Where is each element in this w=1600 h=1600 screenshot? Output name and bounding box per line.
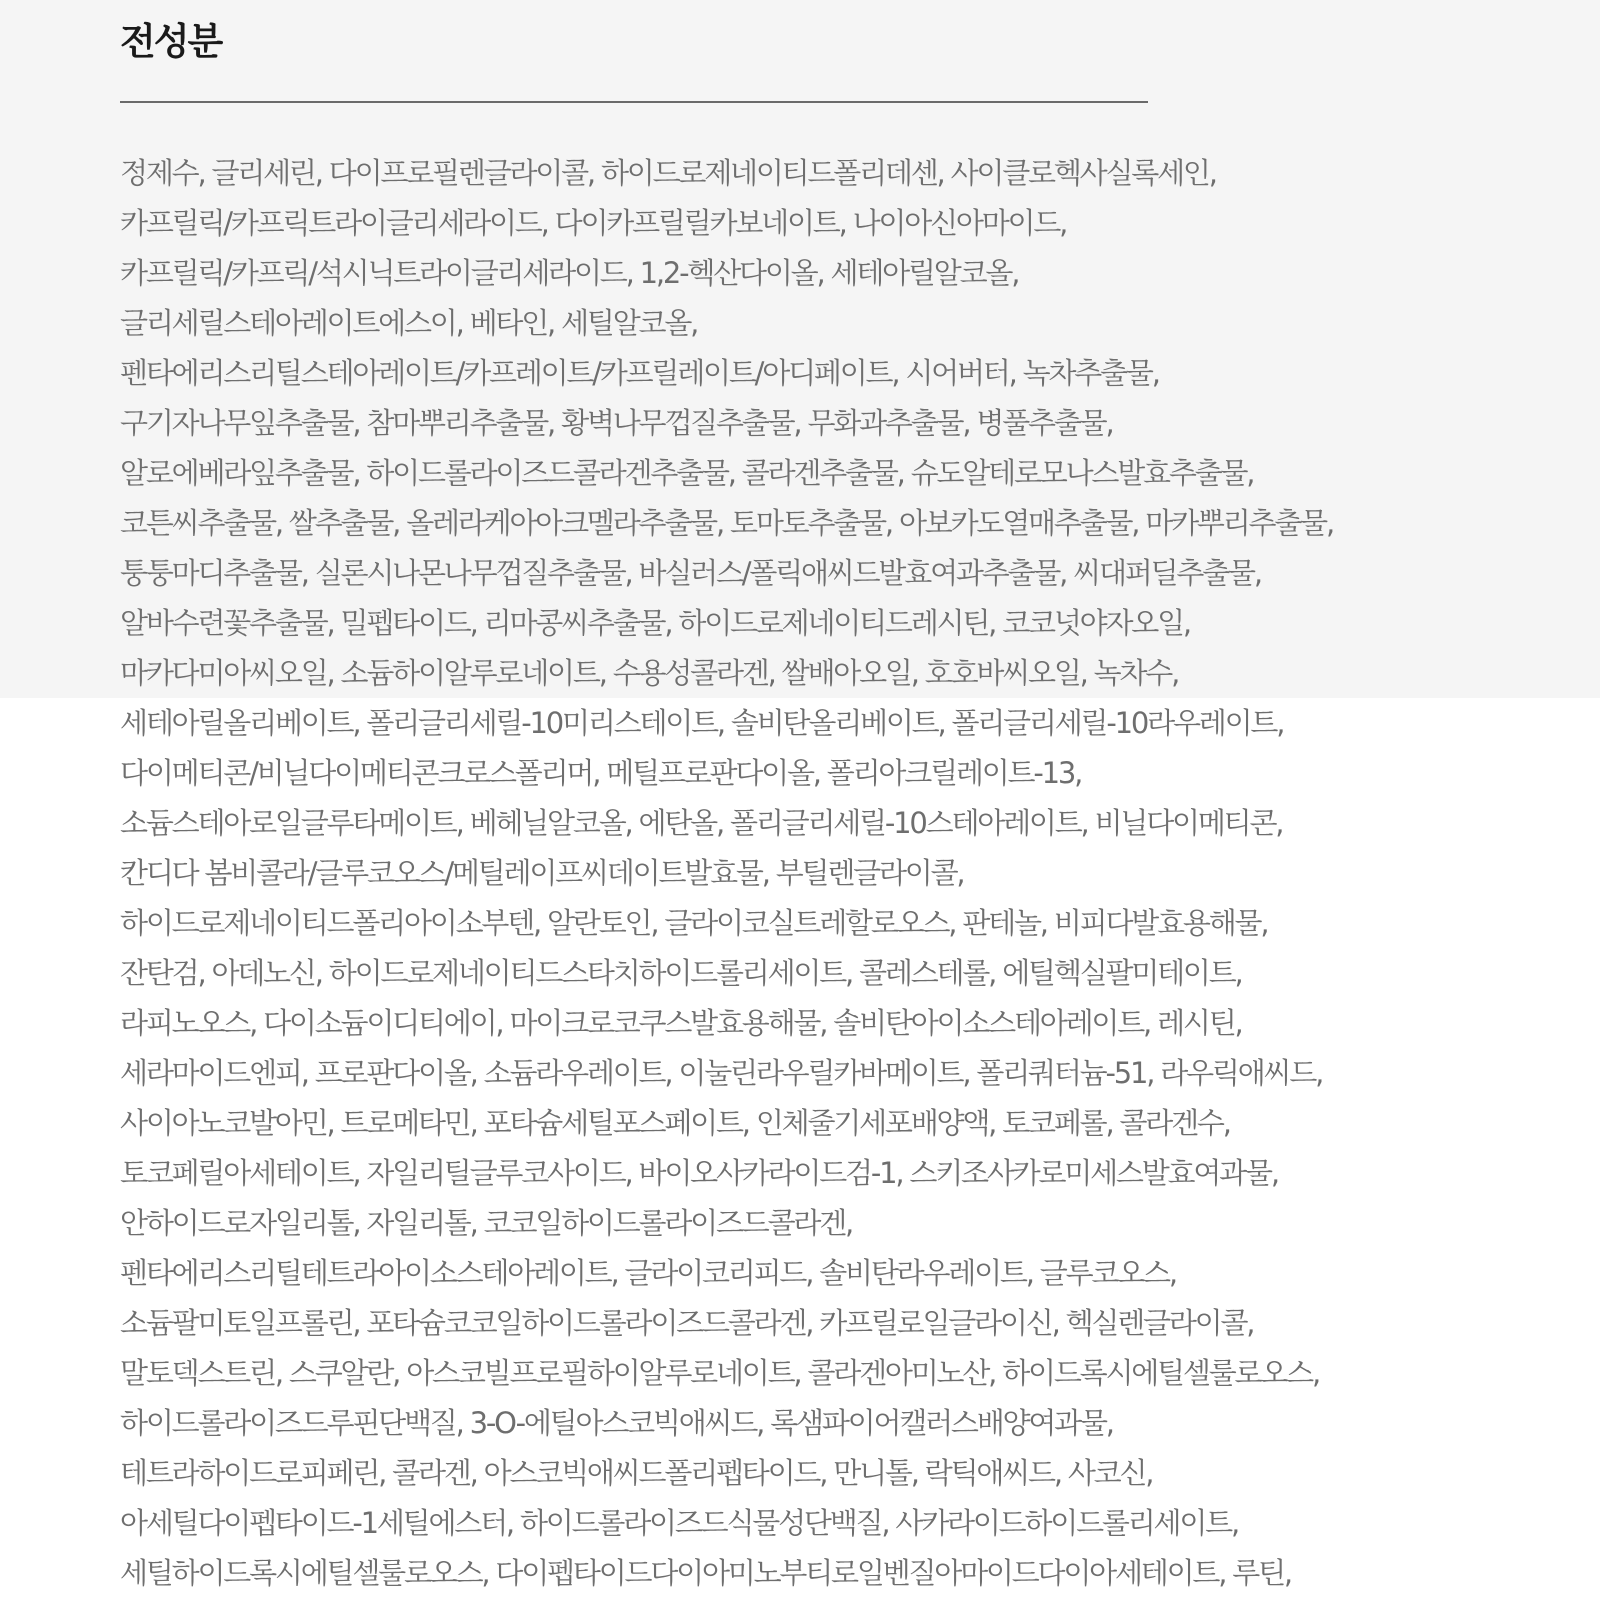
ingredient-list: 정제수, 글리세린, 다이프로필렌글라이콜, 하이드로제네이티드폴리데센, 사이…: [120, 148, 1333, 1598]
ingredient-line: 라피노오스, 다이소듐이디티에이, 마이크로코쿠스발효용해물, 솔비탄아이소스테…: [120, 998, 1333, 1048]
ingredient-line: 다이메티콘/비닐다이메티콘크로스폴리머, 메틸프로판다이올, 폴리아크릴레이트-…: [120, 748, 1333, 798]
ingredient-line: 하이드로제네이티드폴리아이소부텐, 알란토인, 글라이코실트레할로오스, 판테놀…: [120, 898, 1333, 948]
ingredient-line: 소듐스테아로일글루타메이트, 베헤닐알코올, 에탄올, 폴리글리세릴-10스테아…: [120, 798, 1333, 848]
ingredient-line: 구기자나무잎추출물, 참마뿌리추출물, 황벽나무껍질추출물, 무화과추출물, 병…: [120, 398, 1333, 448]
ingredient-line: 세틸하이드록시에틸셀룰로오스, 다이펩타이드다이아미노부티로일벤질아마이드다이아…: [120, 1548, 1333, 1598]
ingredient-line: 마카다미아씨오일, 소듐하이알루로네이트, 수용성콜라겐, 쌀배아오일, 호호바…: [120, 648, 1333, 698]
section-title: 전성분: [120, 14, 221, 70]
ingredient-line: 펜타에리스리틸테트라아이소스테아레이트, 글라이코리피드, 솔비탄라우레이트, …: [120, 1248, 1333, 1298]
ingredient-line: 알바수련꽃추출물, 밀펩타이드, 리마콩씨추출물, 하이드로제네이티드레시틴, …: [120, 598, 1333, 648]
ingredient-line: 사이아노코발아민, 트로메타민, 포타슘세틸포스페이트, 인체줄기세포배양액, …: [120, 1098, 1333, 1148]
ingredient-line: 펜타에리스리틸스테아레이트/카프레이트/카프릴레이트/아디페이트, 시어버터, …: [120, 348, 1333, 398]
ingredient-line: 칸디다 봄비콜라/글루코오스/메틸레이프씨데이트발효물, 부틸렌글라이콜,: [120, 848, 1333, 898]
ingredient-line: 정제수, 글리세린, 다이프로필렌글라이콜, 하이드로제네이티드폴리데센, 사이…: [120, 148, 1333, 198]
ingredient-line: 테트라하이드로피페린, 콜라겐, 아스코빅애씨드폴리펩타이드, 만니톨, 락틱애…: [120, 1448, 1333, 1498]
ingredient-line: 세라마이드엔피, 프로판다이올, 소듐라우레이트, 이눌린라우릴카바메이트, 폴…: [120, 1048, 1333, 1098]
title-divider: [120, 101, 1148, 103]
ingredient-line: 말토덱스트린, 스쿠알란, 아스코빌프로필하이알루로네이트, 콜라겐아미노산, …: [120, 1348, 1333, 1398]
ingredient-line: 안하이드로자일리톨, 자일리톨, 코코일하이드롤라이즈드콜라겐,: [120, 1198, 1333, 1248]
ingredient-line: 코튼씨추출물, 쌀추출물, 올레라케아아크멜라추출물, 토마토추출물, 아보카도…: [120, 498, 1333, 548]
ingredient-line: 하이드롤라이즈드루핀단백질, 3-O-에틸아스코빅애씨드, 록샘파이어캘러스배양…: [120, 1398, 1333, 1448]
ingredient-line: 퉁퉁마디추출물, 실론시나몬나무껍질추출물, 바실러스/폴릭애씨드발효여과추출물…: [120, 548, 1333, 598]
ingredient-line: 토코페릴아세테이트, 자일리틸글루코사이드, 바이오사카라이드검-1, 스키조사…: [120, 1148, 1333, 1198]
ingredient-line: 세테아릴올리베이트, 폴리글리세릴-10미리스테이트, 솔비탄올리베이트, 폴리…: [120, 698, 1333, 748]
ingredient-line: 글리세릴스테아레이트에스이, 베타인, 세틸알코올,: [120, 298, 1333, 348]
ingredient-line: 소듐팔미토일프롤린, 포타슘코코일하이드롤라이즈드콜라겐, 카프릴로일글라이신,…: [120, 1298, 1333, 1348]
ingredient-line: 카프릴릭/카프릭/석시닉트라이글리세라이드, 1,2-헥산다이올, 세테아릴알코…: [120, 248, 1333, 298]
ingredient-line: 알로에베라잎추출물, 하이드롤라이즈드콜라겐추출물, 콜라겐추출물, 슈도알테로…: [120, 448, 1333, 498]
ingredient-line: 아세틸다이펩타이드-1세틸에스터, 하이드롤라이즈드식물성단백질, 사카라이드하…: [120, 1498, 1333, 1548]
ingredient-line: 잔탄검, 아데노신, 하이드로제네이티드스타치하이드롤리세이트, 콜레스테롤, …: [120, 948, 1333, 998]
ingredient-line: 카프릴릭/카프릭트라이글리세라이드, 다이카프릴릴카보네이트, 나이아신아마이드…: [120, 198, 1333, 248]
